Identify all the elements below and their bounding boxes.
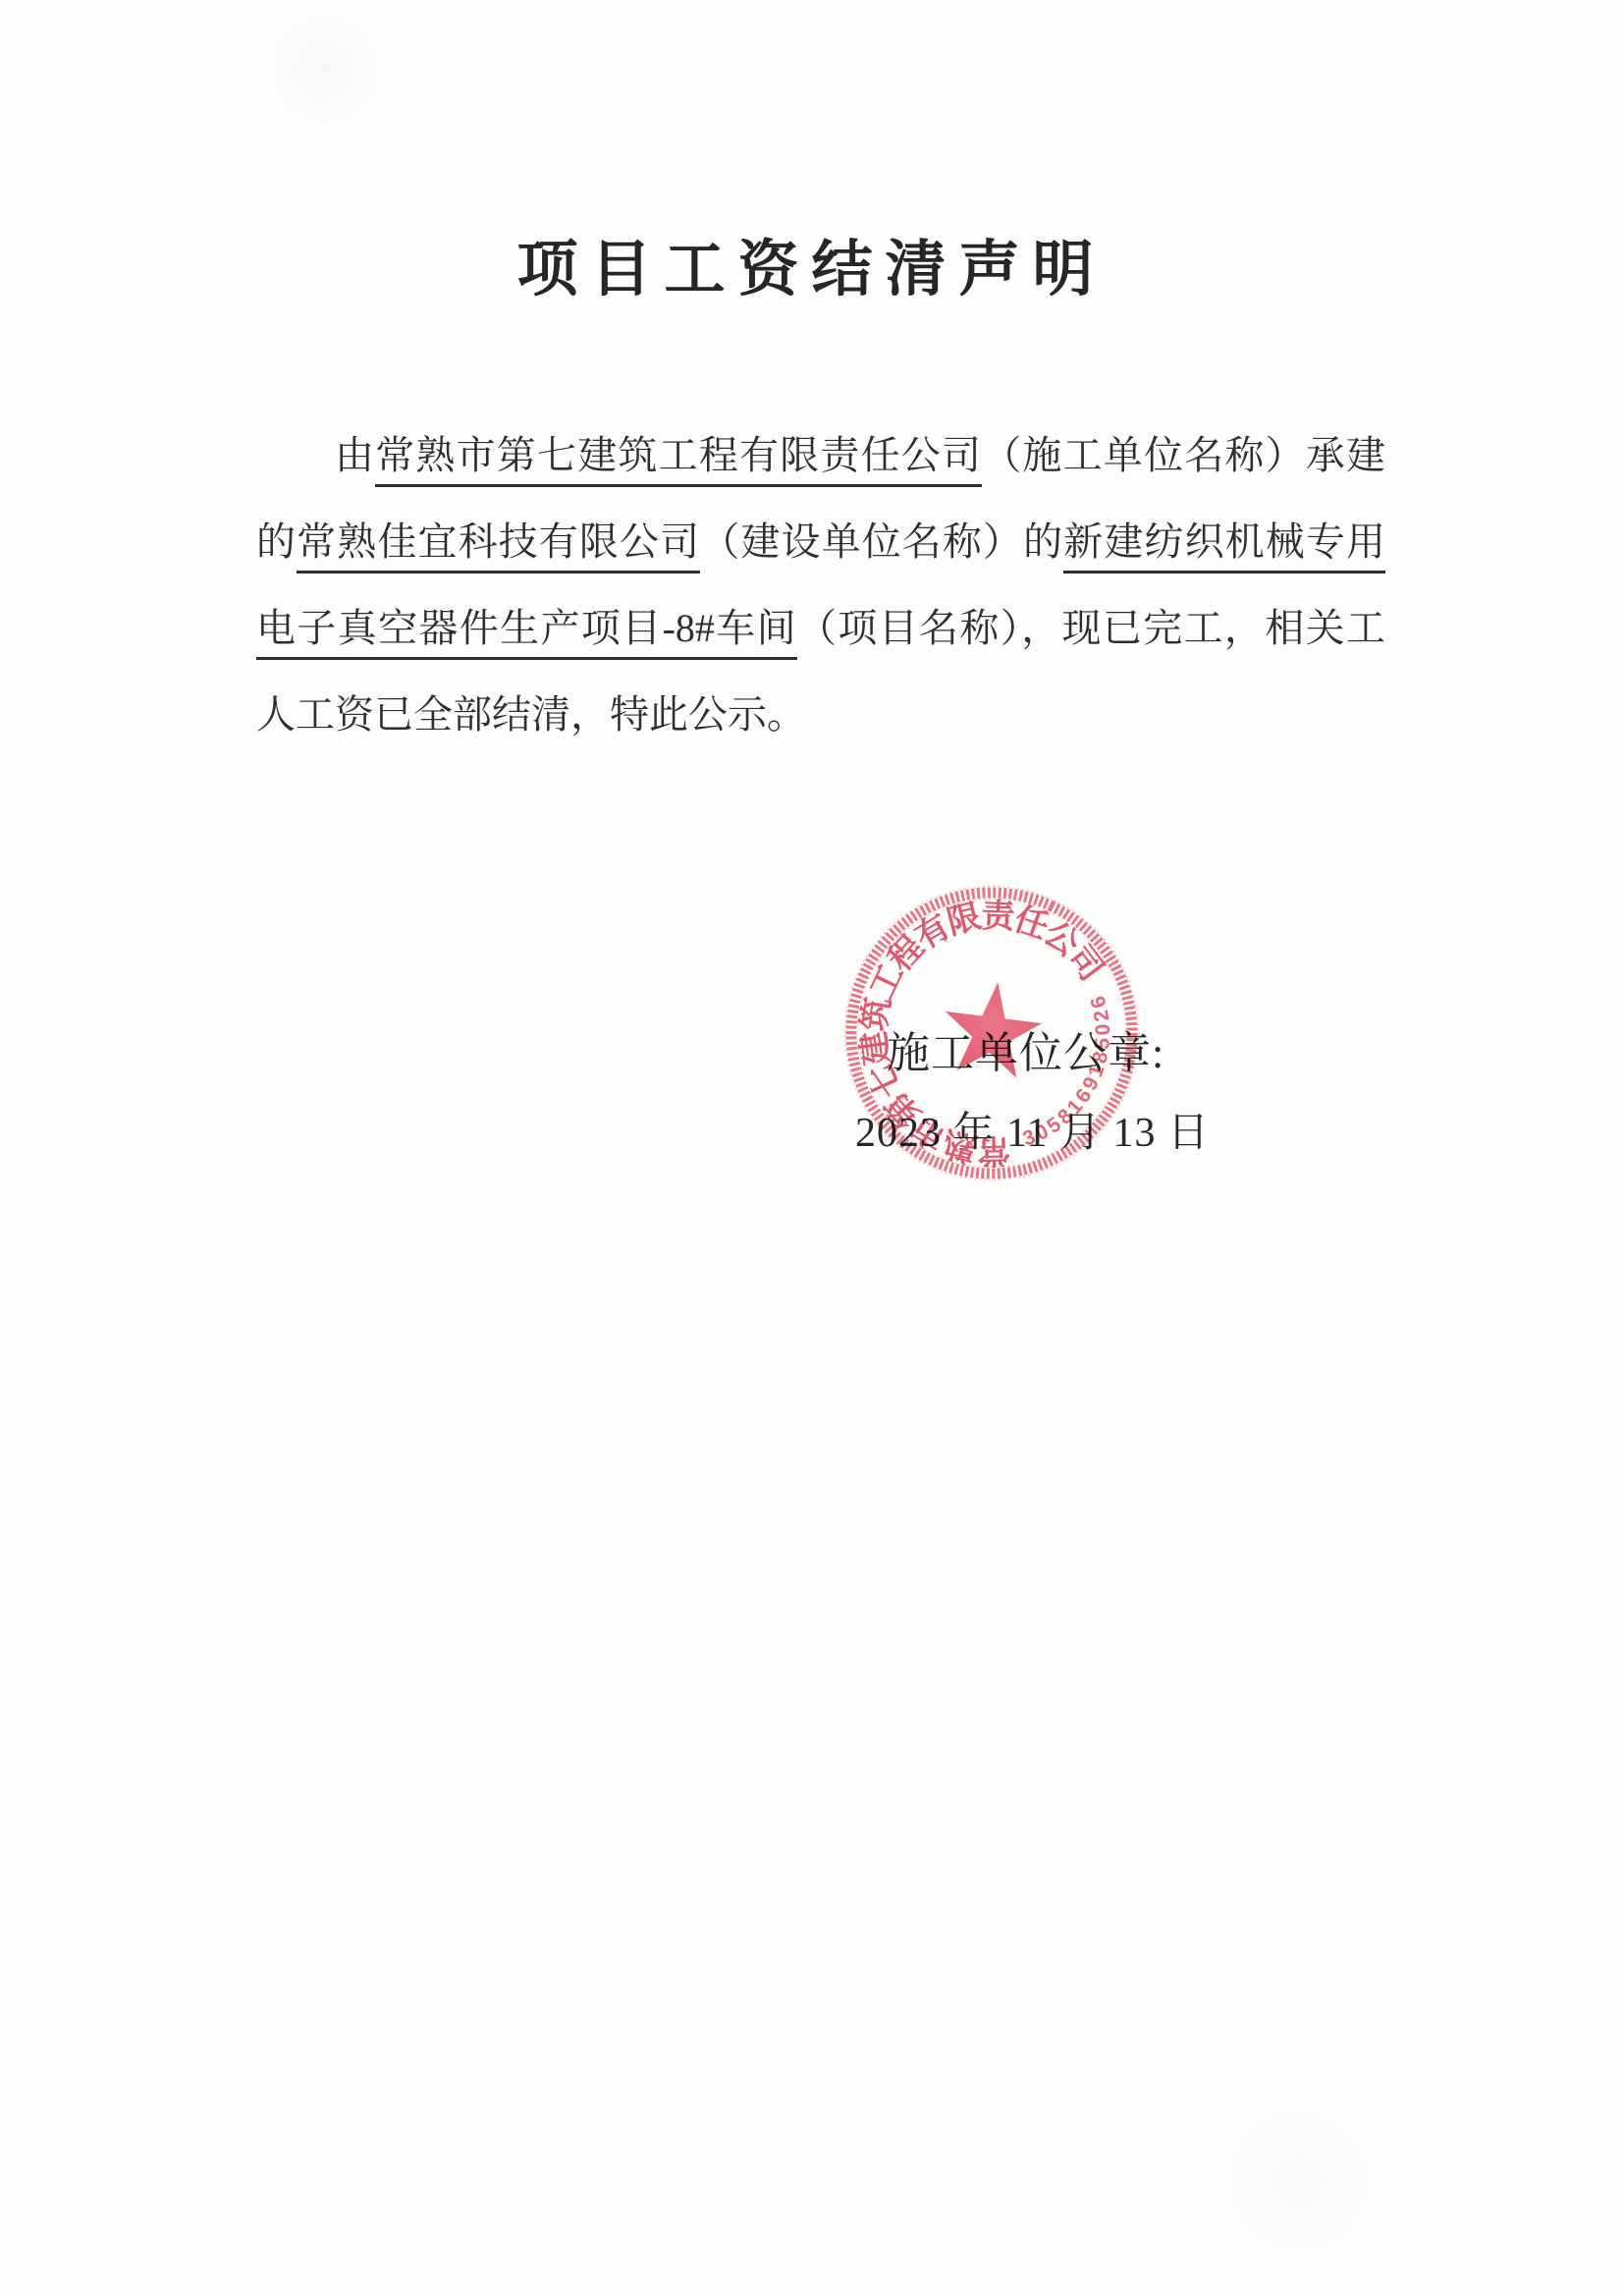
paragraph-line: 由常熟市第七建筑工程有限责任公司（施工单位名称）承建 [256,412,1385,499]
scanned-document-page: 项目工资结清声明 由常熟市第七建筑工程有限责任公司（施工单位名称）承建的常熟佳宜… [0,0,1623,2296]
stamp-star-icon [939,976,1047,1079]
company-stamp: 常熟市第七建筑工程有限责任公司 3058169185026 [835,876,1149,1190]
text-segment: （施工单位名称）承建 [982,433,1385,477]
body-paragraph: 由常熟市第七建筑工程有限责任公司（施工单位名称）承建的常熟佳宜科技有限公司（建设… [256,412,1385,758]
paragraph-line: 人工资已全部结清，特此公示。 [256,672,1385,758]
text-segment: 人工资已全部结清，特此公示。 [256,692,806,737]
underlined-text: 常熟佳宜科技有限公司 [297,519,700,574]
underlined-text: 新建纺织机械专用 [1063,519,1385,574]
text-segment: （建设单位名称）的 [700,519,1063,564]
paragraph-line: 的常熟佳宜科技有限公司（建设单位名称）的新建纺织机械专用 [256,499,1385,585]
text-segment: 由 [335,433,375,477]
text-segment: （项目名称），现已完工，相关工 [797,606,1385,650]
underlined-text: 电子真空器件生产项目-8#车间 [256,606,797,660]
underlined-text: 常熟市第七建筑工程有限责任公司 [375,433,982,487]
paragraph-line: 电子真空器件生产项目-8#车间（项目名称），现已完工，相关工 [256,585,1385,672]
text-segment: 的 [256,519,297,564]
page-title: 项目工资结清声明 [0,220,1623,307]
